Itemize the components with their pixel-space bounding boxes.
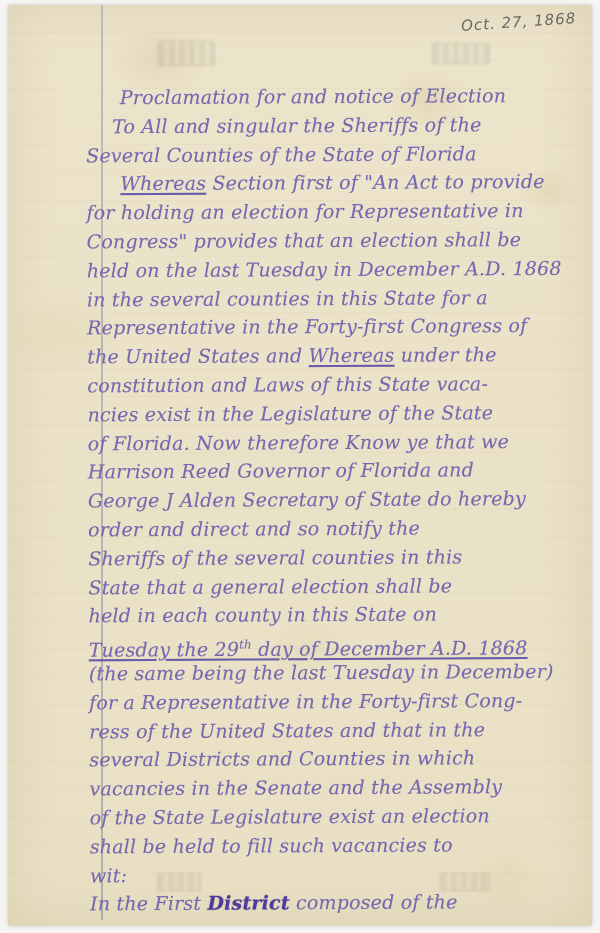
- manuscript-line-29: In the First District composed of the: [90, 888, 596, 919]
- manuscript-segment: Several Counties of the State of Florida: [86, 143, 477, 167]
- manuscript-line-10: the United States and Whereas under the: [87, 341, 593, 372]
- manuscript-segment: Sheriffs of the several counties in this: [88, 546, 462, 570]
- manuscript-segment: To All and singular the Sheriffs of the: [112, 114, 482, 138]
- manuscript-segment: order and direct and so notify the: [88, 518, 420, 542]
- manuscript-line-7: held on the last Tuesday in December A.D…: [87, 254, 593, 285]
- manuscript-segment: Congress" provides that an election shal…: [87, 229, 522, 253]
- manuscript-segment: Section first of "An Act to provide: [206, 171, 545, 195]
- manuscript-segment: State that a general election shall be: [88, 575, 452, 599]
- manuscript-segment: In the First: [90, 893, 207, 916]
- manuscript-segment: George J Alden Secretary of State do her…: [88, 488, 526, 512]
- manuscript-line-22: for a Representative in the Forty-first …: [89, 686, 595, 717]
- manuscript-line-13: of Florida. Now therefore Know ye that w…: [88, 427, 594, 458]
- manuscript-segment: for holding an election for Representati…: [86, 200, 523, 224]
- manuscript-line-12: ncies exist in the Legislature of the St…: [87, 398, 593, 429]
- manuscript-segment: the United States and: [87, 345, 309, 368]
- manuscript-segment: (the same being the last Tuesday in Dece…: [89, 661, 554, 685]
- manuscript-segment: constitution and Laws of this State vaca…: [87, 373, 488, 397]
- manuscript-line-6: Congress" provides that an election shal…: [87, 226, 593, 257]
- manuscript-segment: in the several counties in this State fo…: [87, 287, 488, 311]
- manuscript-line-18: State that a general election shall be: [88, 571, 594, 602]
- manuscript-segment: wit:: [90, 865, 127, 887]
- manuscript-segment: vacancies in the Senate and the Assembly: [89, 776, 502, 800]
- paper: Oct. 27, 1868 Proclamation for and notic…: [8, 5, 592, 926]
- embossed-stamp: [158, 41, 215, 66]
- manuscript-line-24: several Districts and Counties in which: [89, 744, 595, 775]
- manuscript-line-19: held in each county in this State on: [89, 600, 595, 631]
- manuscript-segment: th: [239, 638, 252, 652]
- manuscript-line-3: Several Counties of the State of Florida: [86, 139, 592, 170]
- manuscript-line-23: ress of the United States and that in th…: [89, 715, 595, 746]
- manuscript-segment: of the State Legislature exist an electi…: [90, 805, 490, 829]
- manuscript-segment: Representative in the Forty-first Congre…: [87, 315, 527, 339]
- manuscript-segment: Tuesday the 29: [89, 639, 239, 662]
- manuscript-line-5: for holding an election for Representati…: [86, 197, 592, 228]
- manuscript-text: Proclamation for and notice of ElectionT…: [86, 82, 596, 920]
- date-annotation: Oct. 27, 1868: [460, 9, 576, 35]
- manuscript-segment: under the: [394, 344, 496, 367]
- manuscript-segment: of Florida. Now therefore Know ye that w…: [88, 431, 509, 455]
- manuscript-segment: several Districts and Counties in which: [89, 748, 475, 772]
- manuscript-line-4: Whereas Section first of "An Act to prov…: [86, 168, 592, 199]
- manuscript-line-9: Representative in the Forty-first Congre…: [87, 312, 593, 343]
- manuscript-line-27: shall be held to fill such vacancies to: [90, 830, 596, 861]
- manuscript-segment: composed of the: [290, 892, 458, 915]
- manuscript-line-16: order and direct and so notify the: [88, 514, 594, 545]
- manuscript-line-20: Tuesday the 29th day of December A.D. 18…: [89, 629, 595, 660]
- scanned-page: Oct. 27, 1868 Proclamation for and notic…: [0, 0, 600, 933]
- manuscript-segment: Proclamation for and notice of Election: [120, 85, 506, 109]
- manuscript-segment: ress of the United States and that in th…: [89, 719, 485, 743]
- embossed-stamp: [432, 43, 490, 64]
- manuscript-line-2: To All and singular the Sheriffs of the: [86, 110, 592, 141]
- manuscript-segment: held on the last Tuesday in December A.D…: [87, 258, 562, 282]
- manuscript-segment: District: [207, 893, 289, 915]
- manuscript-line-14: Harrison Reed Governor of Florida and: [88, 456, 594, 487]
- manuscript-segment: for a Representative in the Forty-first …: [89, 690, 522, 714]
- manuscript-line-21: (the same being the last Tuesday in Dece…: [89, 658, 595, 689]
- manuscript-line-8: in the several counties in this State fo…: [87, 283, 593, 314]
- manuscript-segment: Whereas: [309, 345, 395, 367]
- manuscript-line-28: wit:: [90, 859, 596, 890]
- manuscript-segment: ncies exist in the Legislature of the St…: [87, 402, 493, 426]
- manuscript-segment: Whereas: [120, 173, 206, 195]
- manuscript-line-1: Proclamation for and notice of Election: [86, 82, 592, 113]
- manuscript-line-11: constitution and Laws of this State vaca…: [87, 370, 593, 401]
- manuscript-line-17: Sheriffs of the several counties in this: [88, 542, 594, 573]
- manuscript-segment: shall be held to fill such vacancies to: [90, 834, 453, 858]
- manuscript-line-26: of the State Legislature exist an electi…: [90, 802, 596, 833]
- manuscript-line-15: George J Alden Secretary of State do her…: [88, 485, 594, 516]
- manuscript-segment: Harrison Reed Governor of Florida and: [88, 460, 474, 484]
- manuscript-segment: held in each county in this State on: [89, 604, 438, 628]
- manuscript-line-25: vacancies in the Senate and the Assembly: [89, 773, 595, 804]
